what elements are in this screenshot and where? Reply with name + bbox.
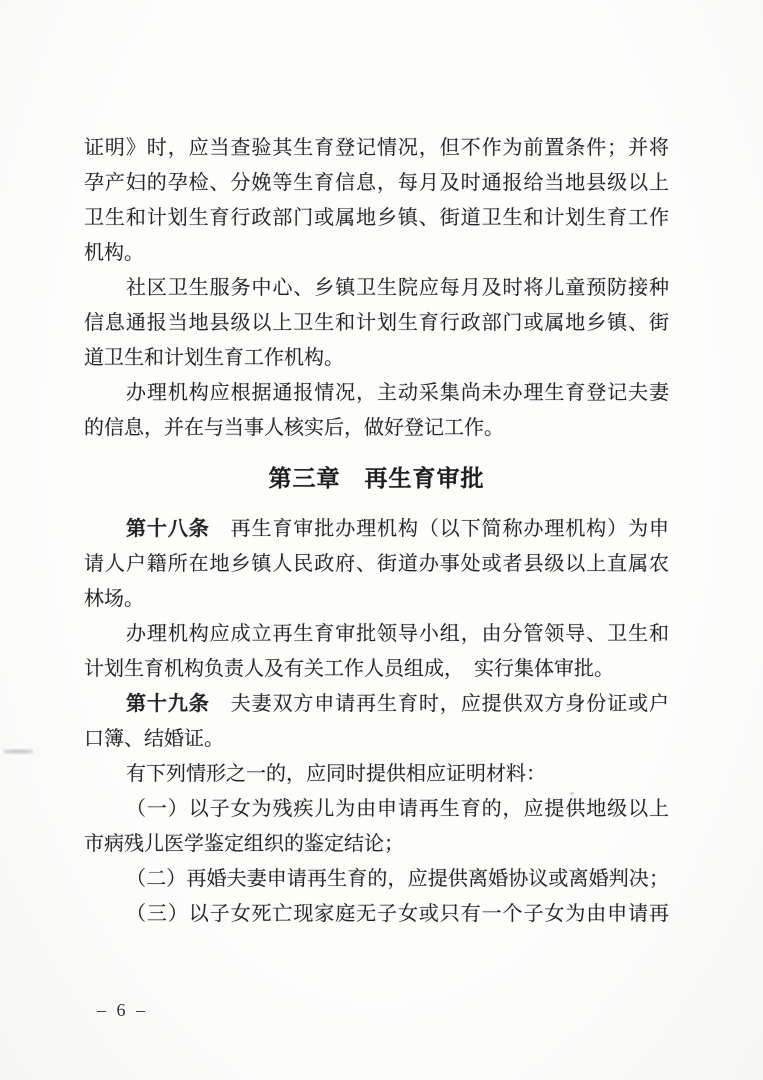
text-line: 办理机构应成立再生育审批领导小组，由分管领导、卫生和 (84, 617, 669, 652)
text-line: 计划生育机构负责人及有关工作人员组成， 实行集体审批。 (84, 652, 669, 687)
text-line: 的信息，并在与当事人核实后，做好登记工作。 (84, 411, 669, 446)
text-line: 证明》时，应当查验其生育登记情况，但不作为前置条件；并将 (84, 131, 669, 166)
text-line: 林场。 (84, 582, 669, 617)
scan-smudge (3, 748, 33, 755)
line-text: 夫妻双方申请再生育时，应提供双方身份证或户 (210, 693, 669, 715)
text-line: 卫生和计划生育行政部门或属地乡镇、街道卫生和计划生育工作 (84, 201, 669, 236)
scanned-page: 证明》时，应当查验其生育登记情况，但不作为前置条件；并将 孕产妇的孕检、分娩等生… (0, 0, 763, 1080)
text-line: 孕产妇的孕检、分娩等生育信息，每月及时通报给当地县级以上 (84, 166, 669, 201)
text-line: 第十八条 再生育审批办理机构（以下简称办理机构）为申 (84, 512, 669, 547)
text-line: （一）以子女为残疾儿为由申请再生育的，应提供地级以上 (84, 792, 669, 827)
text-line: 第十九条 夫妻双方申请再生育时，应提供双方身份证或户 (84, 687, 669, 722)
text-line: 有下列情形之一的，应同时提供相应证明材料： (84, 757, 669, 792)
text-line: 机构。 (84, 236, 669, 271)
text-line: 市病残儿医学鉴定组织的鉴定结论； (84, 827, 669, 862)
article-number: 第十九条 (126, 693, 210, 715)
text-line: 请人户籍所在地乡镇人民政府、街道办事处或者县级以上直属农 (84, 547, 669, 582)
text-line: 办理机构应根据通报情况，主动采集尚未办理生育登记夫妻 (84, 376, 669, 411)
page-number: – 6 – (97, 996, 148, 1024)
text-line: 社区卫生服务中心、乡镇卫生院应每月及时将儿童预防接种 (84, 271, 669, 306)
text-line: （二）再婚夫妻申请再生育的，应提供离婚协议或离婚判决； (84, 862, 669, 897)
line-text: 再生育审批办理机构（以下简称办理机构）为申 (210, 518, 669, 540)
chapter-heading: 第三章 再生育审批 (84, 456, 669, 500)
text-line: （三）以子女死亡现家庭无子女或只有一个子女为由申请再 (84, 897, 669, 932)
text-line: 信息通报当地县级以上卫生和计划生育行政部门或属地乡镇、街 (84, 306, 669, 341)
text-line: 口簿、结婚证。 (84, 722, 669, 757)
article-number: 第十八条 (126, 518, 210, 540)
text-line: 道卫生和计划生育工作机构。 (84, 341, 669, 376)
document-text: 证明》时，应当查验其生育登记情况，但不作为前置条件；并将 孕产妇的孕检、分娩等生… (84, 131, 669, 932)
